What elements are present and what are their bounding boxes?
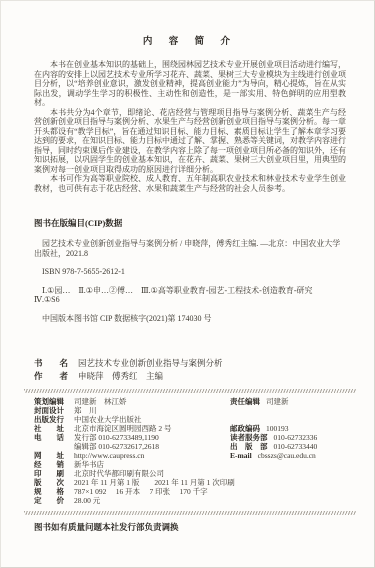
- pub-label: 社 址: [34, 424, 65, 433]
- pub-row-printer: 印 刷北京时代华都印刷有限公司: [34, 469, 346, 478]
- divider-top: [24, 389, 356, 393]
- pub-label: 出版发行: [34, 415, 65, 424]
- pub-right: E-mailcbsszs@cau.edu.cn: [230, 451, 316, 460]
- book-author-row: 作 者申晓萍 傅秀红 主编: [34, 370, 346, 383]
- summary-title: 内 容 简 介: [34, 33, 346, 47]
- pub-row-format: 规 格787×1 092 16 开本 7 印张 170 千字: [34, 487, 346, 496]
- pub-row-address: 社 址北京市海淀区圆明园西路 2 号邮政编码100193: [34, 424, 346, 433]
- pub-label: 策划编辑: [34, 397, 65, 406]
- cip-record-number: 中国版本图书馆 CIP 数据核字(2021)第 174030 号: [34, 314, 346, 324]
- pub-right-label: 邮政编码: [230, 424, 260, 433]
- pub-row-publisher: 出版发行中国农业大学出版社: [34, 415, 346, 424]
- pub-value: 司建新 林江娇: [74, 397, 127, 406]
- pub-label: 规 格: [34, 487, 65, 496]
- pub-right: 邮政编码100193: [230, 424, 289, 433]
- quality-note: 图书如有质量问题本社发行部负责调换: [34, 521, 346, 533]
- pub-right: 出 版 部010-62733440: [230, 442, 317, 451]
- cip-isbn: ISBN 978-7-5655-2612-1: [34, 267, 346, 277]
- divider-bottom: [24, 511, 356, 515]
- cip-heading: 图书在版编目(CIP)数据: [34, 217, 346, 229]
- cip-class-line2: Ⅳ.①S6: [34, 295, 346, 305]
- pub-label: 印 刷: [34, 469, 65, 478]
- book-info-block: 书 名园艺技术专业创新创业指导与案例分析 作 者申晓萍 傅秀红 主编: [34, 357, 346, 383]
- pub-label: 封面设计: [34, 406, 65, 415]
- pub-label: 版 次: [34, 478, 65, 487]
- pub-row-planning-editor: 策划编辑司建新 林江娇责任编辑司建新: [34, 397, 346, 406]
- pub-value: 发行部 010-62733489,1190: [74, 433, 159, 442]
- pub-value: 28.00 元: [74, 496, 100, 505]
- cip-section: 图书在版编目(CIP)数据 园艺技术专业创新创业指导与案例分析 / 申晓萍，傅秀…: [34, 217, 346, 323]
- pub-row-phone-1: 电 话发行部 010-62733489,1190读者服务部010-6273233…: [34, 433, 346, 442]
- pub-right-value: 010-62732336: [274, 433, 318, 442]
- book-title: 园艺技术专业创新创业指导与案例分析: [78, 358, 223, 368]
- cip-entry-line2: 出版社，2021.8: [34, 249, 346, 259]
- book-author: 申晓萍 傅秀红 主编: [78, 371, 163, 381]
- book-title-row: 书 名园艺技术专业创新创业指导与案例分析: [34, 357, 346, 370]
- pub-row-distributor: 经 销新华书店: [34, 460, 346, 469]
- pub-value: 编辑部 010-62732617,2618: [74, 442, 159, 451]
- pub-right-value: 司建新: [266, 397, 289, 406]
- pub-row-price: 定 价28.00 元: [34, 496, 346, 505]
- pub-value: 新华书店: [74, 460, 104, 469]
- pub-value: 2021 年 11 月第 1 版 2021 年 11 月第 1 次印刷: [74, 478, 235, 487]
- pub-row-edition: 版 次2021 年 11 月第 1 版 2021 年 11 月第 1 次印刷: [34, 478, 346, 487]
- pub-value: 中国农业大学出版社: [74, 415, 142, 424]
- pub-right-label: 读者服务部: [230, 433, 268, 442]
- pub-right-label: 责任编辑: [230, 397, 260, 406]
- pub-email: cbsszs@cau.edu.cn: [258, 451, 316, 460]
- pub-row-phone-2: 编辑部 010-62732617,2618出 版 部010-62733440: [34, 442, 346, 451]
- publication-details: 策划编辑司建新 林江娇责任编辑司建新 封面设计郑 川 出版发行中国农业大学出版社…: [34, 397, 346, 505]
- summary-paragraph-2: 本书共分为4个章节，即绪论、花店经营与管理项目指导与案例分析、蔬菜生产与经营创新…: [34, 108, 346, 175]
- pub-right: 读者服务部010-62732336: [230, 433, 317, 442]
- pub-right-label: 出 版 部: [230, 442, 268, 451]
- pub-row-website: 网 址http://www.caupress.cnE-mailcbsszs@ca…: [34, 451, 346, 460]
- pub-row-cover-design: 封面设计郑 川: [34, 406, 346, 415]
- pub-right: 责任编辑司建新: [230, 397, 289, 406]
- book-title-label: 书 名: [34, 358, 68, 368]
- cip-class-line1: Ⅰ.①园… Ⅱ.①申…②傅… Ⅲ.①高等职业教育-园艺-工程技术-创造教育-研究: [34, 286, 346, 296]
- summary-paragraph-1: 本书在创业基本知识的基础上，围绕园林园艺技术专业开展创业项目活动进行编写，在内容…: [34, 60, 346, 108]
- pub-right-value: 100193: [266, 424, 289, 433]
- pub-value: 北京市海淀区圆明园西路 2 号: [74, 424, 172, 433]
- pub-value: 郑 川: [74, 406, 97, 415]
- book-author-label: 作 者: [34, 371, 68, 381]
- pub-value: 北京时代华都印刷有限公司: [74, 469, 164, 478]
- pub-label: 经 销: [34, 460, 65, 469]
- copyright-page: 内 容 简 介 本书在创业基本知识的基础上，围绕园林园艺技术专业开展创业项目活动…: [0, 0, 375, 568]
- pub-website-url: http://www.caupress.cn: [74, 451, 144, 460]
- pub-label: 网 址: [34, 451, 65, 460]
- pub-label: 定 价: [34, 496, 65, 505]
- summary-paragraph-3: 本书可作为高等职业院校、成人教育、五年制高职农业技术和林业技术专业学生创业教材，…: [34, 174, 346, 193]
- pub-label: 电 话: [34, 433, 65, 442]
- pub-value: 787×1 092 16 开本 7 印张 170 千字: [74, 487, 208, 496]
- cip-entry-line1: 园艺技术专业创新创业指导与案例分析 / 申晓萍，傅秀红主编. —北京：中国农业大…: [34, 239, 346, 249]
- pub-right-label: E-mail: [230, 451, 252, 460]
- pub-right-value: 010-62733440: [274, 442, 318, 451]
